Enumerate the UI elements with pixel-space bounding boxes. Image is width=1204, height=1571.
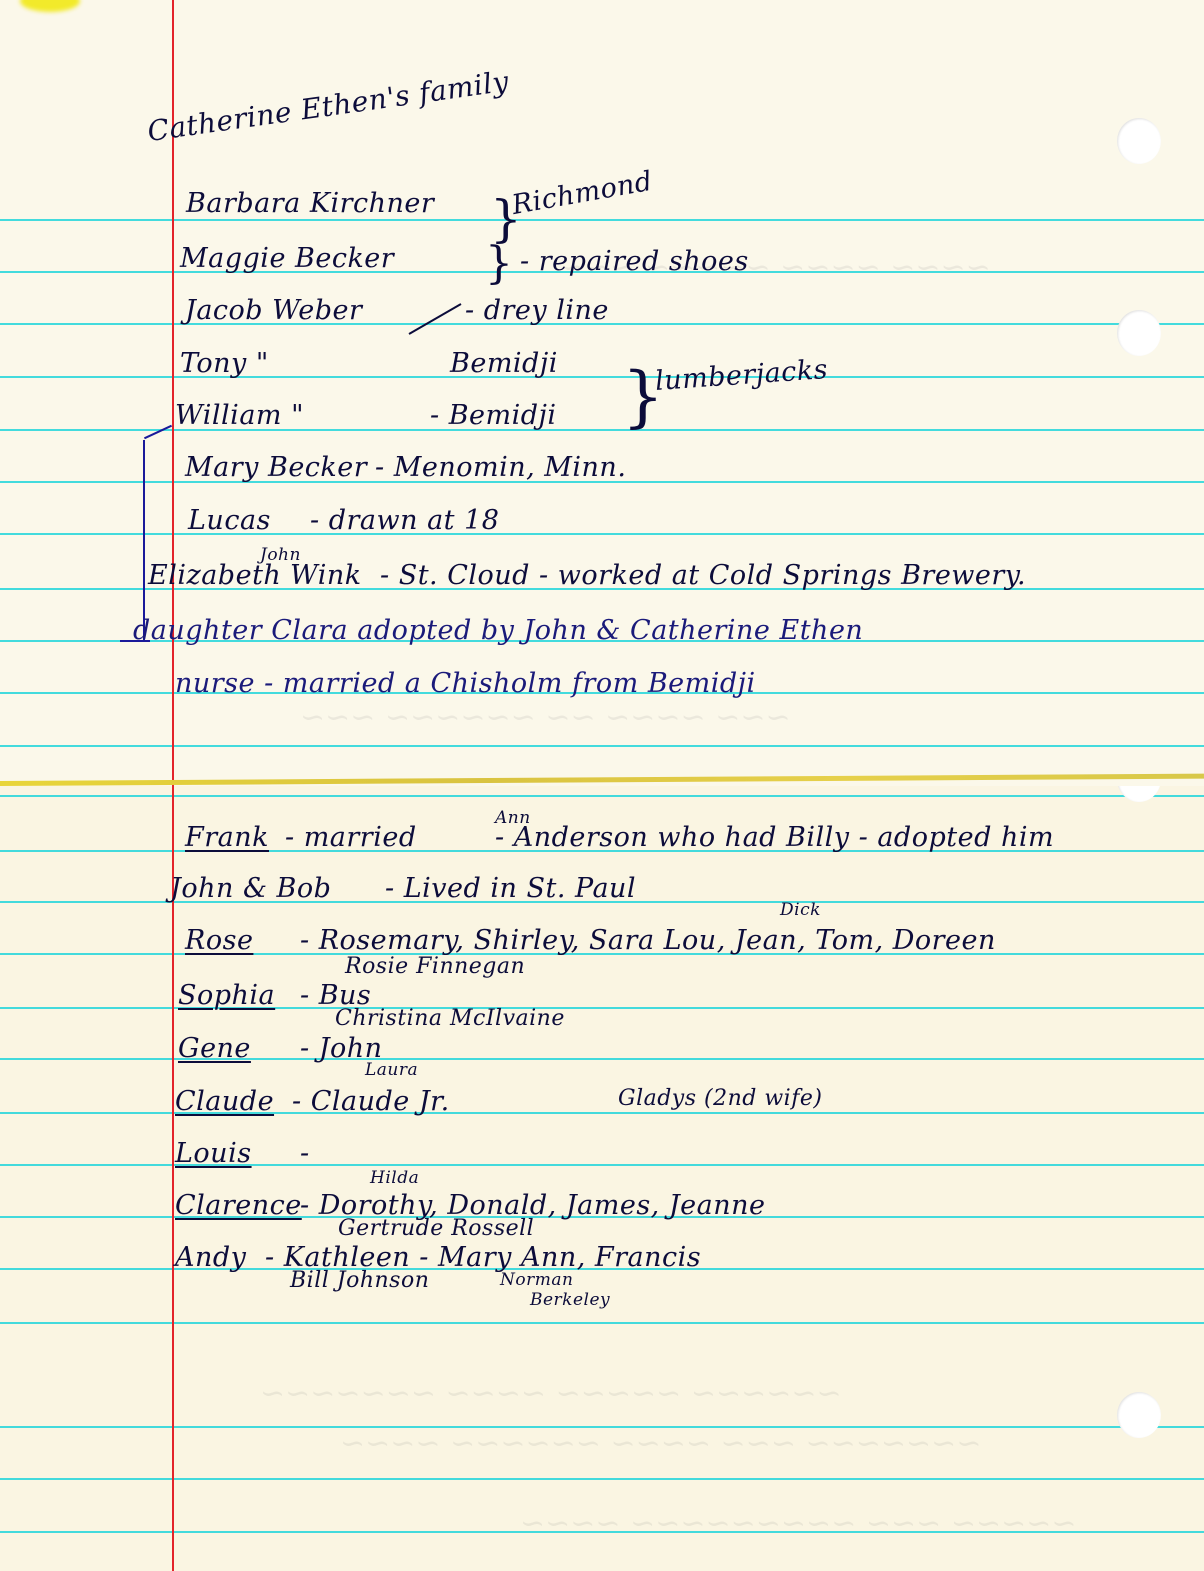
brace-note-repaired-shoes: - repaired shoes [520,246,749,277]
ruled-line [0,745,1204,747]
entry-superscript: Dick [780,900,821,920]
bleed-through-text: ~~~~~ ~~~ ~~~~~~~~~ ~~~~ [520,1506,1076,1541]
entry-note: - Bemidji [430,400,557,431]
entry-name: Frank [185,822,269,853]
brace-note-lumberjacks: lumberjacks [654,354,829,397]
entry-sub: Laura [365,1060,418,1080]
ruled-line [0,533,1204,535]
entry-name: Maggie Becker [180,243,394,274]
entry-name: Barbara Kirchner [186,188,434,219]
punch-hole [1117,1392,1161,1438]
entry-note: Bemidji [450,348,558,379]
ruled-line [0,219,1204,221]
top-notebook-sheet: ~~~~ ~~~~ ~~~~~ ~~~ ~~~ ~~~~ ~~ ~~~~~~ ~… [0,0,1204,786]
bleed-through-text: ~~~~~~ ~~~~~ ~~~~ ~~~~~~~ [260,1376,842,1411]
entry-name: Claude [175,1086,274,1117]
brace-note-richmond: Richmond [510,166,655,221]
entry-text: - married [285,822,417,853]
bleed-through-text: ~~~~~~~ ~~~ ~~~~ ~~~~~~ ~~~~ [340,1426,981,1461]
entry-name: William " [175,400,304,431]
entry-name: Andy [175,1242,246,1273]
entry-name: Mary Becker [185,452,367,483]
entry-name: Jacob Weber [185,295,362,326]
entry-note: - drawn at 18 [310,505,499,536]
entry-sub: Rosie Finnegan [345,954,525,979]
entry-name: John & Bob [170,873,331,904]
entry-sub: Berkeley [530,1290,610,1310]
entry-sub: Gertrude Rossell [338,1216,534,1241]
entry-name: Tony " [180,348,269,379]
daughter-line: daughter Clara adopted by John & Catheri… [133,615,863,646]
entry-text: - Anderson who had Billy - adopted him [495,822,1054,853]
entry-text: - [300,1138,310,1169]
entry-name: Sophia [178,980,275,1011]
entry-name: Rose [185,925,253,956]
entry-text: - Rosemary, Shirley, Sara Lou, Jean, Tom… [300,925,996,956]
connector-line [409,303,462,335]
entry-name: Wink [290,560,362,591]
entry-sub: Bill Johnson [290,1268,429,1293]
yellow-smudge [20,0,80,12]
entry-name: Clarence [175,1190,302,1221]
entry-text: - Lived in St. Paul [385,873,636,904]
entry-superscript: Hilda [370,1168,419,1188]
bottom-notebook-sheet: ~~~~~~ ~~~~~ ~~~~ ~~~~~~~ ~~~~~~~ ~~~ ~~… [0,786,1204,1571]
entry-name: Gene [178,1033,251,1064]
bleed-through-text: ~~~ ~~~~ ~~ ~~~~~~ ~~~ [300,700,791,735]
page-title: Catherine Ethen's family [145,65,510,148]
entry-side-note: Gladys (2nd wife) [618,1086,822,1111]
entry-sub: Norman [500,1270,573,1290]
ruled-line [0,1478,1204,1480]
punch-hole [1117,310,1161,356]
brace: } [485,238,513,289]
ruled-line [0,795,1204,797]
margin-bracket [144,425,172,439]
entry-name: Lucas [188,505,271,536]
entry-note: - drey line [465,295,609,326]
entry-text: - Claude Jr. [292,1086,450,1117]
ruled-line [0,1322,1204,1324]
entry-sub: Christina McIlvaine [335,1006,565,1031]
entry-name: Louis [175,1138,252,1169]
margin-bracket [143,440,145,640]
entry-note: - St. Cloud - worked at Cold Springs Bre… [380,560,1026,591]
punch-hole [1117,786,1161,802]
entry-note: - Menomin, Minn. [375,452,626,483]
nurse-line: nurse - married a Chisholm from Bemidji [175,668,756,699]
punch-hole [1117,118,1161,164]
